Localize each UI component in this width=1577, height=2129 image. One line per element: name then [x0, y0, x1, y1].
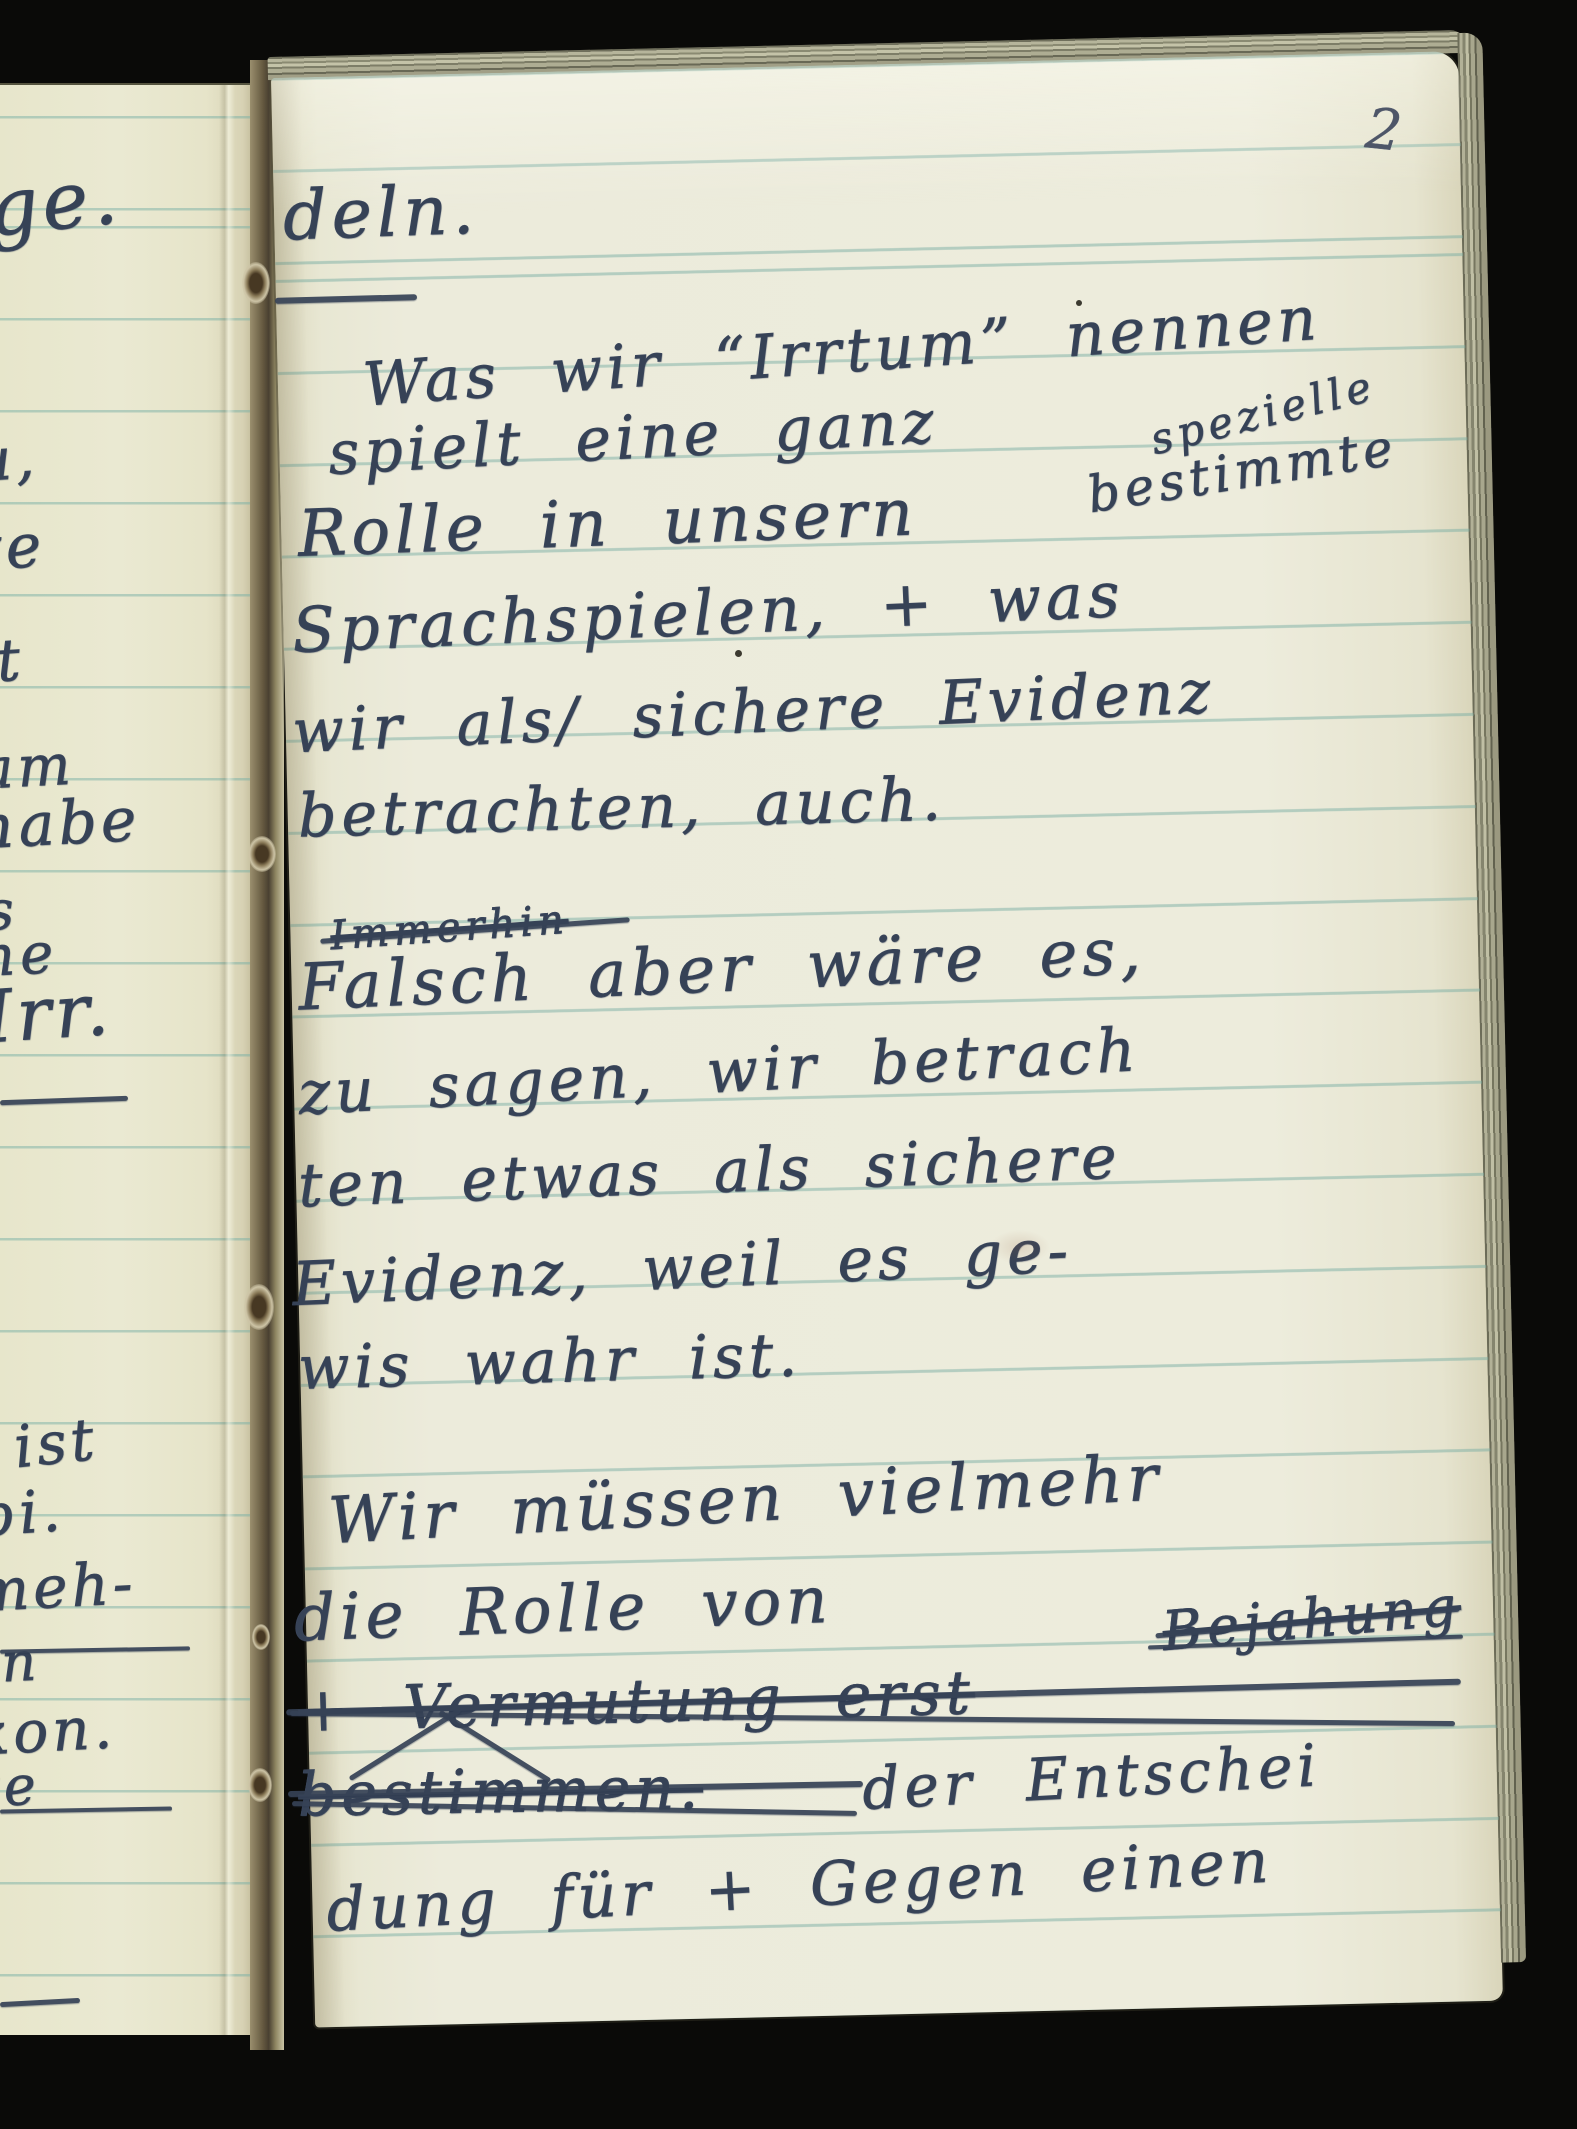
underline-stroke	[275, 294, 417, 304]
handwriting-line: der Entschei	[861, 1736, 1323, 1818]
paper-smudge	[990, 1230, 1050, 1264]
ink-speck	[1076, 300, 1082, 306]
handwriting-line: wis wahr ist.	[297, 1325, 803, 1398]
handwriting-line: wir als/ sichere Evidenz	[291, 662, 1216, 762]
handwriting-line: betrachten, auch.	[297, 770, 946, 847]
handwriting-line: ten etwas als sichere	[297, 1128, 1122, 1217]
handwriting-line: Rolle in unsern	[297, 481, 919, 567]
binding-stitch	[248, 1768, 272, 1802]
handwriting-layer: 2 deln. Was wir “Irrtum” nennen speziell…	[0, 0, 1577, 2129]
handwriting-line: dung für + Gegen einen	[325, 1831, 1275, 1941]
binding-stitch	[244, 1284, 274, 1330]
handwriting-line: Evidenz, weil es ge-	[291, 1221, 1074, 1315]
binding-stitch	[248, 836, 276, 872]
notebook-photo: ge. u, ze lt am habe s he Irr. ist bi. m…	[0, 0, 1577, 2129]
page-number: 2	[1363, 96, 1405, 164]
binding-stitch	[252, 1624, 270, 1650]
handwriting-line: die Rolle von	[293, 1569, 833, 1652]
handwriting-line: zu sagen, wir betrach	[297, 1020, 1142, 1124]
handwriting-line: Wir müssen vielmehr	[327, 1446, 1165, 1554]
binding-stitch	[242, 262, 270, 304]
ink-speck	[735, 650, 742, 657]
handwriting-line: deln.	[282, 177, 480, 252]
handwriting-line: Sprachspielen, + was	[291, 564, 1126, 662]
